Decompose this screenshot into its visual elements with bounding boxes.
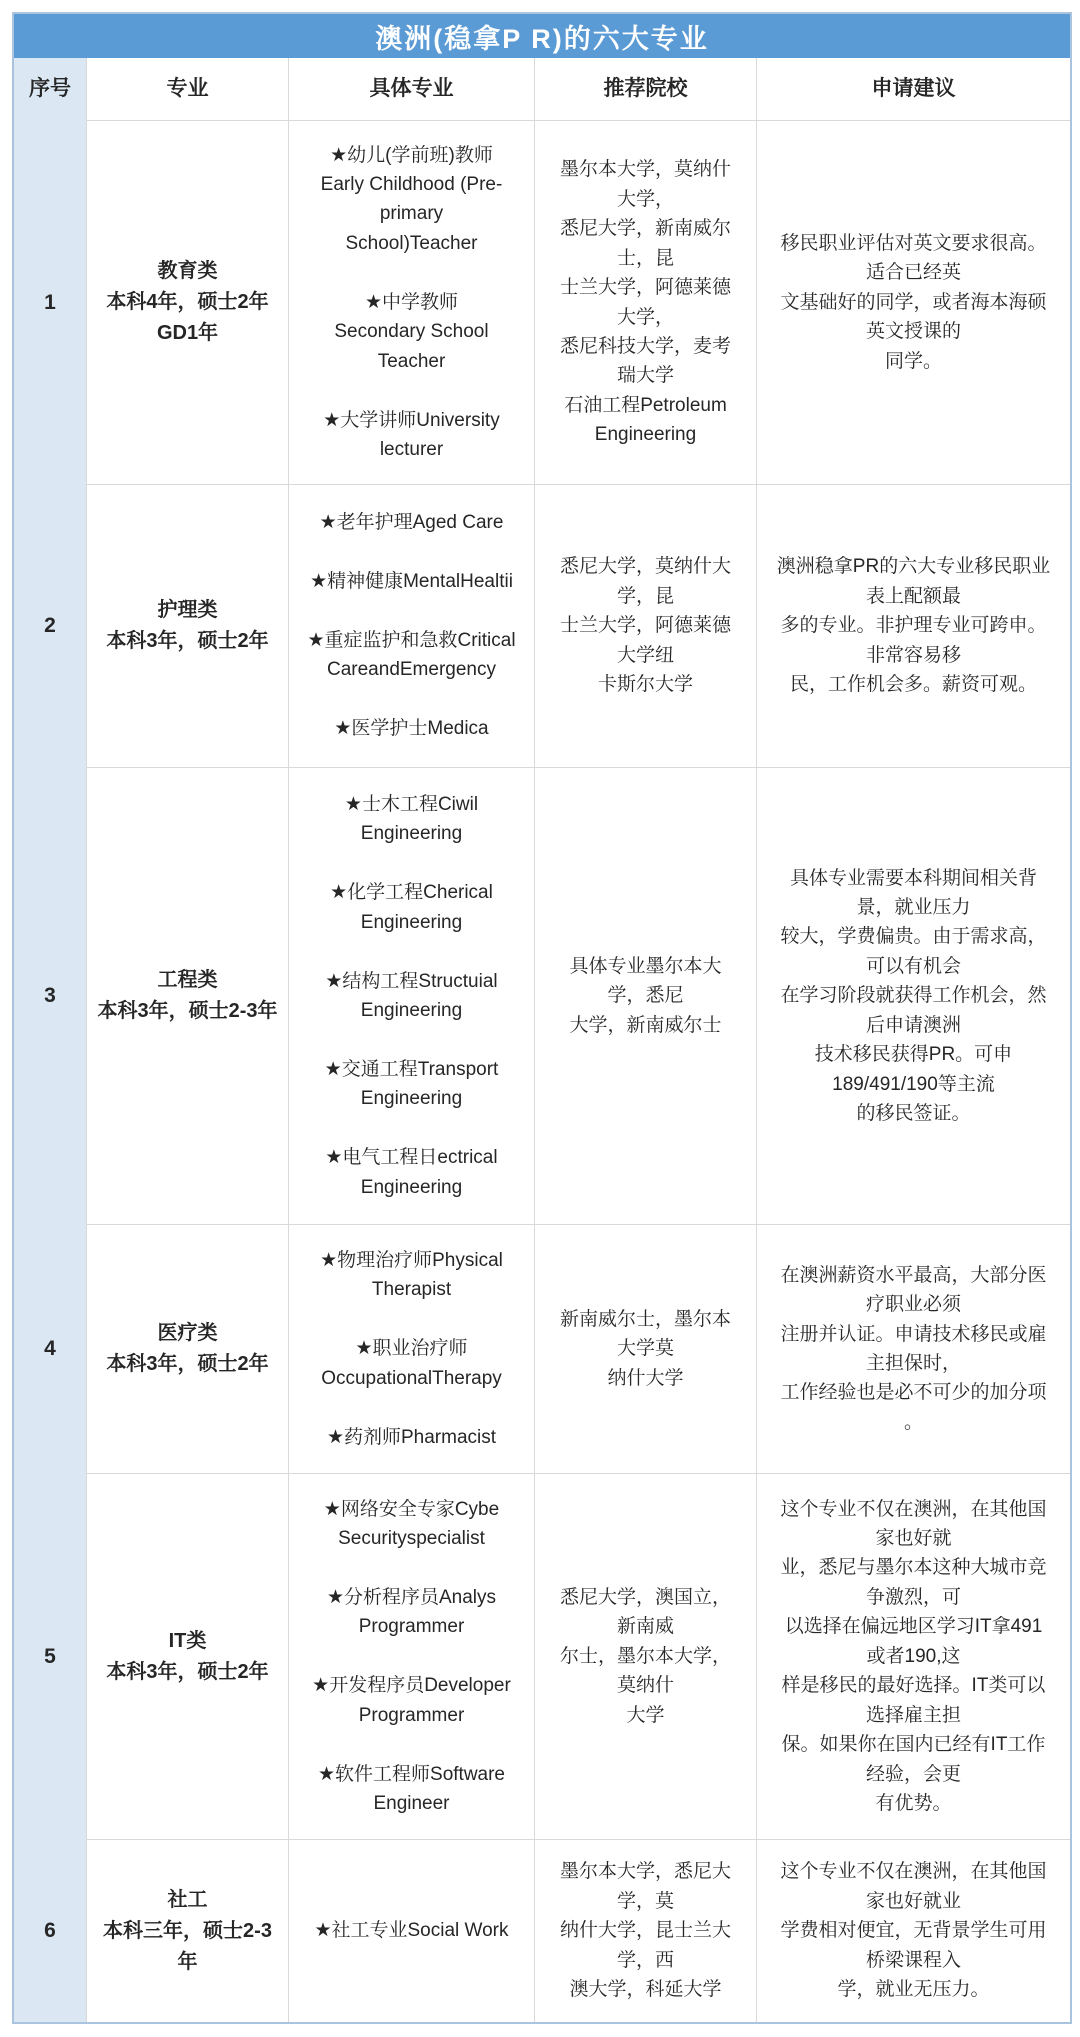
row-specifics: ★网络安全专家Cybe Securityspecialist ★分析程序员Ana…	[289, 1474, 535, 1840]
table-row: 6 社工 本科三年，硕士2-3 年 ★社工专业Social Work 墨尔本大学…	[14, 1840, 1070, 2022]
row-index: 4	[14, 1225, 87, 1474]
table-row: 1 教育类 本科4年，硕士2年 GD1年 ★幼儿(学前班)教师 Early Ch…	[14, 121, 1070, 485]
table-header-row: 序号 专业 具体专业 推荐院校 申请建议	[14, 58, 1070, 121]
majors-table: 澳洲(稳拿P R)的六大专业 序号 专业 具体专业 推荐院校 申请建议 1 教育…	[12, 12, 1072, 2024]
row-advice: 移民职业评估对英文要求很高。 适合已经英 文基础好的同学，或者海本海硕 英文授课…	[757, 121, 1070, 485]
row-index: 6	[14, 1840, 87, 2022]
table-row: 4 医疗类 本科3年，硕士2年 ★物理治疗师Physical Therapist…	[14, 1225, 1070, 1474]
table-title: 澳洲(稳拿P R)的六大专业	[14, 14, 1070, 58]
row-schools: 墨尔本大学，莫纳什 大学， 悉尼大学，新南威尔 士，昆 士兰大学，阿德莱德 大学…	[535, 121, 757, 485]
row-major: 社工 本科三年，硕士2-3 年	[87, 1840, 289, 2022]
row-specifics: ★老年护理Aged Care ★精神健康MentalHealtii ★重症监护和…	[289, 485, 535, 768]
row-advice: 澳洲稳拿PR的六大专业移民职业 表上配额最 多的专业。非护理专业可跨申。 非常容…	[757, 485, 1070, 768]
table-row: 5 IT类 本科3年，硕士2年 ★网络安全专家Cybe Securityspec…	[14, 1474, 1070, 1840]
row-advice: 具体专业需要本科期间相关背 景，就业压力 较大，学费偏贵。由于需求高， 可以有机…	[757, 768, 1070, 1225]
row-index: 5	[14, 1474, 87, 1840]
row-major: 教育类 本科4年，硕士2年 GD1年	[87, 121, 289, 485]
row-specifics: ★社工专业Social Work	[289, 1840, 535, 2022]
row-specifics: ★士木工程Ciwil Engineering ★化学工程Cherical Eng…	[289, 768, 535, 1225]
header-specifics: 具体专业	[289, 58, 535, 121]
row-major: 护理类 本科3年，硕士2年	[87, 485, 289, 768]
page: 澳洲(稳拿P R)的六大专业 序号 专业 具体专业 推荐院校 申请建议 1 教育…	[0, 0, 1080, 2037]
table-row: 3 工程类 本科3年，硕士2-3年 ★士木工程Ciwil Engineering…	[14, 768, 1070, 1225]
row-specifics: ★幼儿(学前班)教师 Early Childhood (Pre- primary…	[289, 121, 535, 485]
row-schools: 悉尼大学，莫纳什大 学，昆 士兰大学，阿德莱德 大学纽 卡斯尔大学	[535, 485, 757, 768]
table-row: 2 护理类 本科3年，硕士2年 ★老年护理Aged Care ★精神健康Ment…	[14, 485, 1070, 768]
header-schools: 推荐院校	[535, 58, 757, 121]
row-specifics: ★物理治疗师Physical Therapist ★职业治疗师 Occupati…	[289, 1225, 535, 1474]
header-major: 专业	[87, 58, 289, 121]
row-schools: 新南威尔士，墨尔本 大学莫 纳什大学	[535, 1225, 757, 1474]
header-no: 序号	[14, 58, 87, 121]
row-index: 2	[14, 485, 87, 768]
row-schools: 墨尔本大学，悉尼大 学，莫 纳什大学，昆士兰大 学，西 澳大学，科延大学	[535, 1840, 757, 2022]
row-advice: 这个专业不仅在澳洲，在其他国 家也好就业 学费相对便宜，无背景学生可用 桥梁课程…	[757, 1840, 1070, 2022]
row-schools: 具体专业墨尔本大 学，悉尼 大学，新南威尔士	[535, 768, 757, 1225]
row-index: 1	[14, 121, 87, 485]
row-index: 3	[14, 768, 87, 1225]
row-major: 工程类 本科3年，硕士2-3年	[87, 768, 289, 1225]
row-advice: 这个专业不仅在澳洲，在其他国 家也好就 业，悉尼与墨尔本这种大城市竞 争激烈，可…	[757, 1474, 1070, 1840]
row-major: 医疗类 本科3年，硕士2年	[87, 1225, 289, 1474]
row-schools: 悉尼大学，澳国立， 新南威 尔士，墨尔本大学， 莫纳什 大学	[535, 1474, 757, 1840]
row-advice: 在澳洲薪资水平最高，大部分医 疗职业必须 注册并认证。申请技术移民或雇 主担保时…	[757, 1225, 1070, 1474]
row-major: IT类 本科3年，硕士2年	[87, 1474, 289, 1840]
header-advice: 申请建议	[757, 58, 1070, 121]
